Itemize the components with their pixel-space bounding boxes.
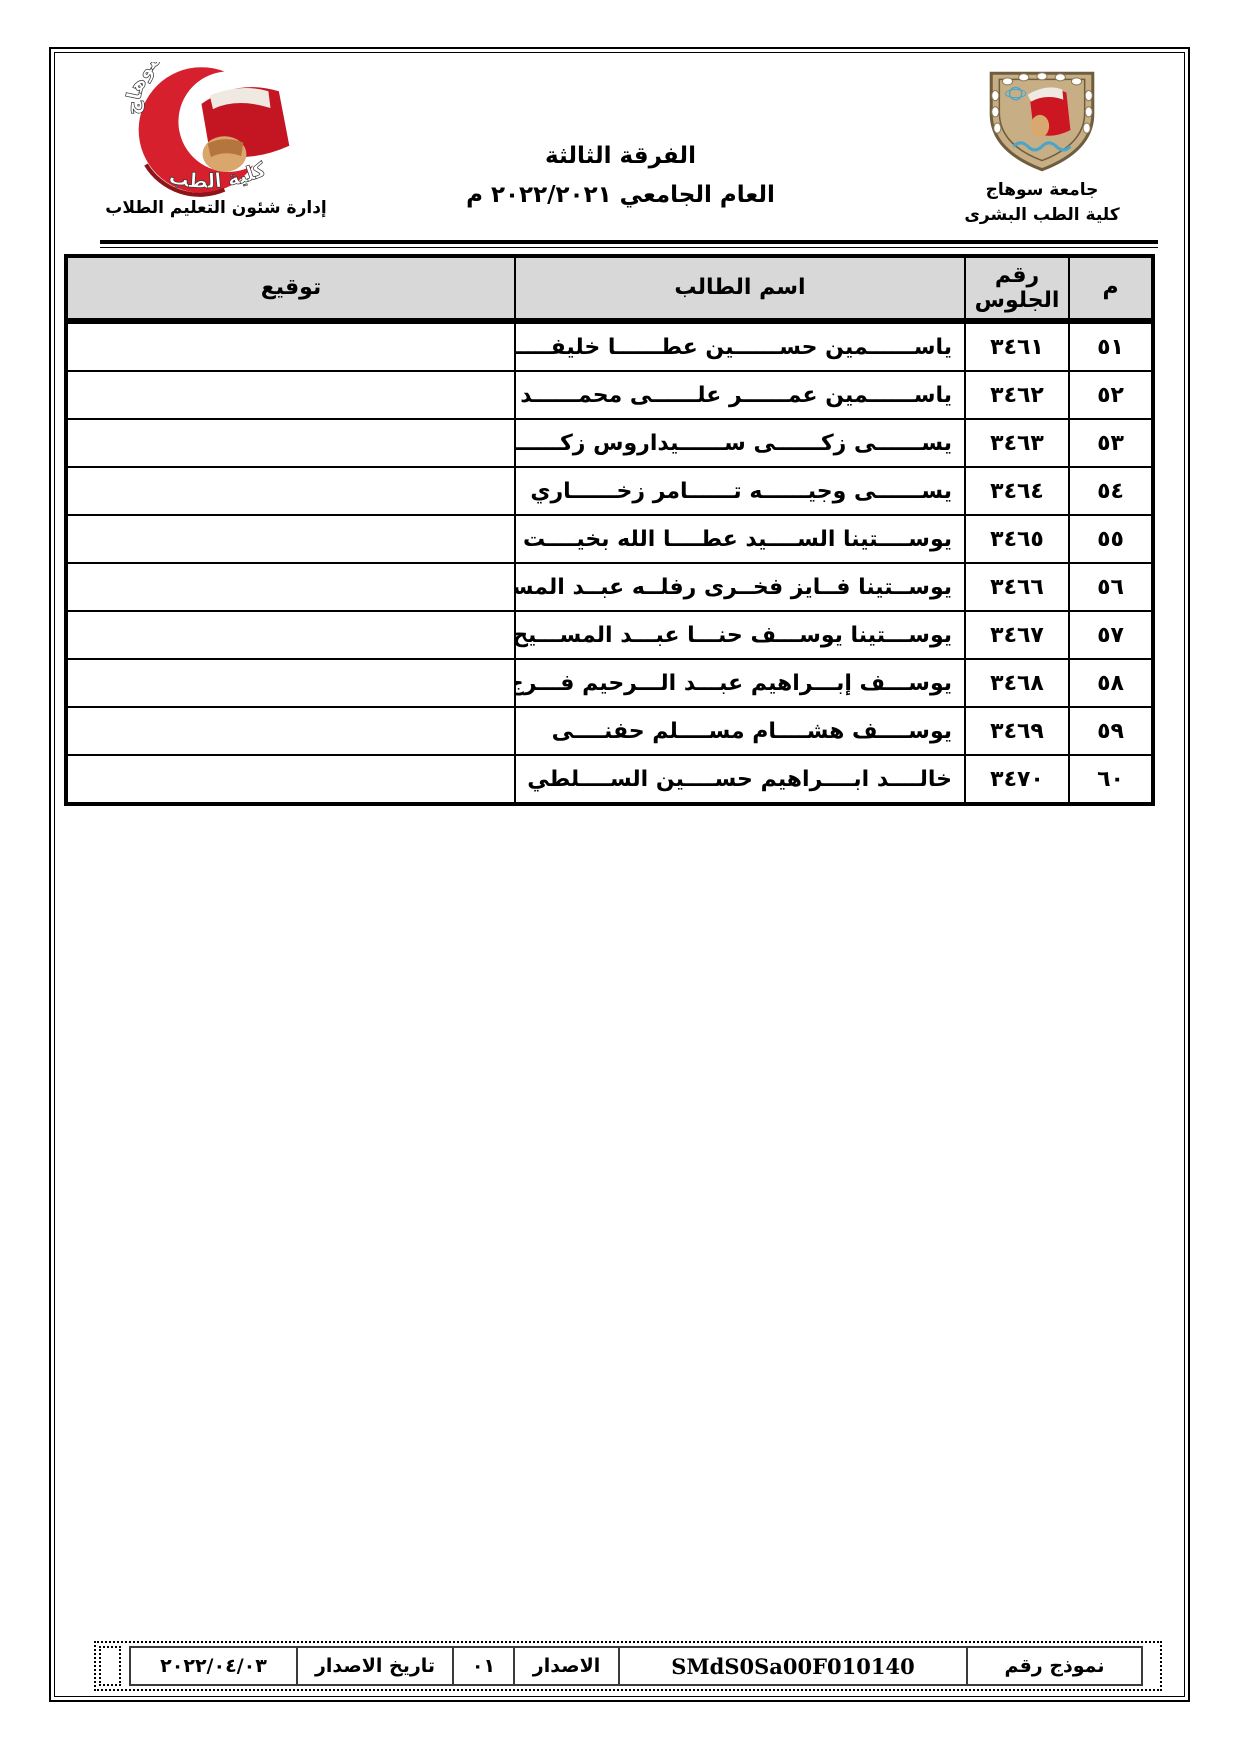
table-row: ٥٦ ٣٤٦٦ يوســتينا فــايز فخــرى رفلــه ع… bbox=[66, 563, 1153, 611]
serial-column-header: م bbox=[1069, 256, 1153, 321]
seat-number-cell: ٣٤٦٢ bbox=[965, 371, 1069, 419]
student-name-cell: يوســـف إبـــراهيم عبـــد الـــرحيم فـــ… bbox=[515, 659, 965, 707]
seat-number-cell: ٣٤٦٨ bbox=[965, 659, 1069, 707]
signature-cell bbox=[66, 321, 515, 371]
seat-number-cell: ٣٤٦٦ bbox=[965, 563, 1069, 611]
table-header-row: م رقم الجلوس اسم الطالب توقيع bbox=[66, 256, 1153, 321]
signature-cell bbox=[66, 659, 515, 707]
academic-year-title: العام الجامعي ٢٠٢٢/٢٠٢١ م bbox=[393, 182, 848, 208]
header-divider-rule bbox=[100, 240, 1158, 248]
faculty-name: كلية الطب البشرى bbox=[926, 203, 1158, 228]
seat-number-cell: ٣٤٦٥ bbox=[965, 515, 1069, 563]
form-number-value: SMdS0Sa00F010140 bbox=[618, 1646, 966, 1686]
student-roster-table: م رقم الجلوس اسم الطالب توقيع ٥١ ٣٤٦١ يا… bbox=[64, 254, 1155, 806]
seat-number-cell: ٣٤٦٣ bbox=[965, 419, 1069, 467]
issue-label: الاصدار bbox=[513, 1646, 618, 1686]
form-metadata-footer: نموذج رقم SMdS0Sa00F010140 الاصدار ٠١ تا… bbox=[94, 1641, 1162, 1691]
seat-number-cell: ٣٤٦١ bbox=[965, 321, 1069, 371]
serial-cell: ٥٨ bbox=[1069, 659, 1153, 707]
page-title: الفرقة الثالثة العام الجامعي ٢٠٢٢/٢٠٢١ م bbox=[393, 143, 848, 208]
issue-date-label: تاريخ الاصدار bbox=[296, 1646, 452, 1686]
student-name-cell: يوســــف هشــــام مســــلم حفنــــى bbox=[515, 707, 965, 755]
department-caption: إدارة شئون التعليم الطلاب bbox=[82, 198, 350, 218]
table-row: ٥٢ ٣٤٦٢ ياســــــمين عمــــــر علــــــى… bbox=[66, 371, 1153, 419]
serial-cell: ٦٠ bbox=[1069, 755, 1153, 804]
student-name-cell: يســــــى وجيــــــه تــــــامر زخــــــ… bbox=[515, 467, 965, 515]
seat-number-cell: ٣٤٦٧ bbox=[965, 611, 1069, 659]
table-row: ٥٨ ٣٤٦٨ يوســـف إبـــراهيم عبـــد الـــر… bbox=[66, 659, 1153, 707]
table-row: ٥٥ ٣٤٦٥ يوســــتينا الســــيد عطــــا ال… bbox=[66, 515, 1153, 563]
table-row: ٥٤ ٣٤٦٤ يســــــى وجيــــــه تــــــامر … bbox=[66, 467, 1153, 515]
footer-spacer-box bbox=[99, 1646, 121, 1686]
student-name-cell: ياســــــمين حســــــين عطــــــا خليفــ… bbox=[515, 321, 965, 371]
table-row: ٦٠ ٣٤٧٠ خالــــد ابــــراهيم حســــين ال… bbox=[66, 755, 1153, 804]
serial-cell: ٥٢ bbox=[1069, 371, 1153, 419]
serial-cell: ٥٧ bbox=[1069, 611, 1153, 659]
seat-number-column-header: رقم الجلوس bbox=[965, 256, 1069, 321]
table-row: ٥٩ ٣٤٦٩ يوســــف هشــــام مســــلم حفنــ… bbox=[66, 707, 1153, 755]
signature-cell bbox=[66, 563, 515, 611]
serial-cell: ٥٥ bbox=[1069, 515, 1153, 563]
table-row: ٥٧ ٣٤٦٧ يوســـتينا يوســـف حنـــا عبـــد… bbox=[66, 611, 1153, 659]
student-name-column-header: اسم الطالب bbox=[515, 256, 965, 321]
student-name-cell: يســــــى زكــــــى ســــــيداروس زكــــ… bbox=[515, 419, 965, 467]
signature-cell bbox=[66, 707, 515, 755]
signature-cell bbox=[66, 611, 515, 659]
signature-cell bbox=[66, 371, 515, 419]
serial-cell: ٥٣ bbox=[1069, 419, 1153, 467]
table-row: ٥١ ٣٤٦١ ياســــــمين حســــــين عطــــــ… bbox=[66, 321, 1153, 371]
seat-number-cell: ٣٤٦٩ bbox=[965, 707, 1069, 755]
serial-cell: ٥٩ bbox=[1069, 707, 1153, 755]
issue-date-value: ٢٠٢٢/٠٤/٠٣ bbox=[129, 1646, 296, 1686]
university-name: جامعة سوهاج bbox=[926, 178, 1158, 203]
signature-cell bbox=[66, 755, 515, 804]
signature-column-header: توقيع bbox=[66, 256, 515, 321]
signature-cell bbox=[66, 515, 515, 563]
serial-cell: ٥١ bbox=[1069, 321, 1153, 371]
student-name-cell: يوســــتينا الســــيد عطــــا الله بخيــ… bbox=[515, 515, 965, 563]
issue-number-value: ٠١ bbox=[452, 1646, 513, 1686]
student-name-cell: يوســـتينا يوســـف حنـــا عبـــد المســـ… bbox=[515, 611, 965, 659]
institution-caption: جامعة سوهاج كلية الطب البشرى bbox=[926, 178, 1158, 227]
signature-cell bbox=[66, 467, 515, 515]
student-name-cell: ياســــــمين عمــــــر علــــــى محمــــ… bbox=[515, 371, 965, 419]
table-row: ٥٣ ٣٤٦٣ يســــــى زكــــــى ســــــيدارو… bbox=[66, 419, 1153, 467]
document-page: { "document": { "header": { "center": { … bbox=[0, 0, 1241, 1754]
student-name-cell: يوســتينا فــايز فخــرى رفلــه عبــد الم… bbox=[515, 563, 965, 611]
sohag-university-shield-logo-icon bbox=[977, 67, 1107, 177]
serial-cell: ٥٦ bbox=[1069, 563, 1153, 611]
seat-number-cell: ٣٤٦٤ bbox=[965, 467, 1069, 515]
signature-cell bbox=[66, 419, 515, 467]
grade-title: الفرقة الثالثة bbox=[393, 143, 848, 169]
form-number-label: نموذج رقم bbox=[966, 1646, 1143, 1686]
seat-number-cell: ٣٤٧٠ bbox=[965, 755, 1069, 804]
student-name-cell: خالــــد ابــــراهيم حســــين الســــلطي bbox=[515, 755, 965, 804]
faculty-of-medicine-crescent-logo-icon: جامعة سوهاج كلية الطب bbox=[108, 62, 320, 198]
serial-cell: ٥٤ bbox=[1069, 467, 1153, 515]
